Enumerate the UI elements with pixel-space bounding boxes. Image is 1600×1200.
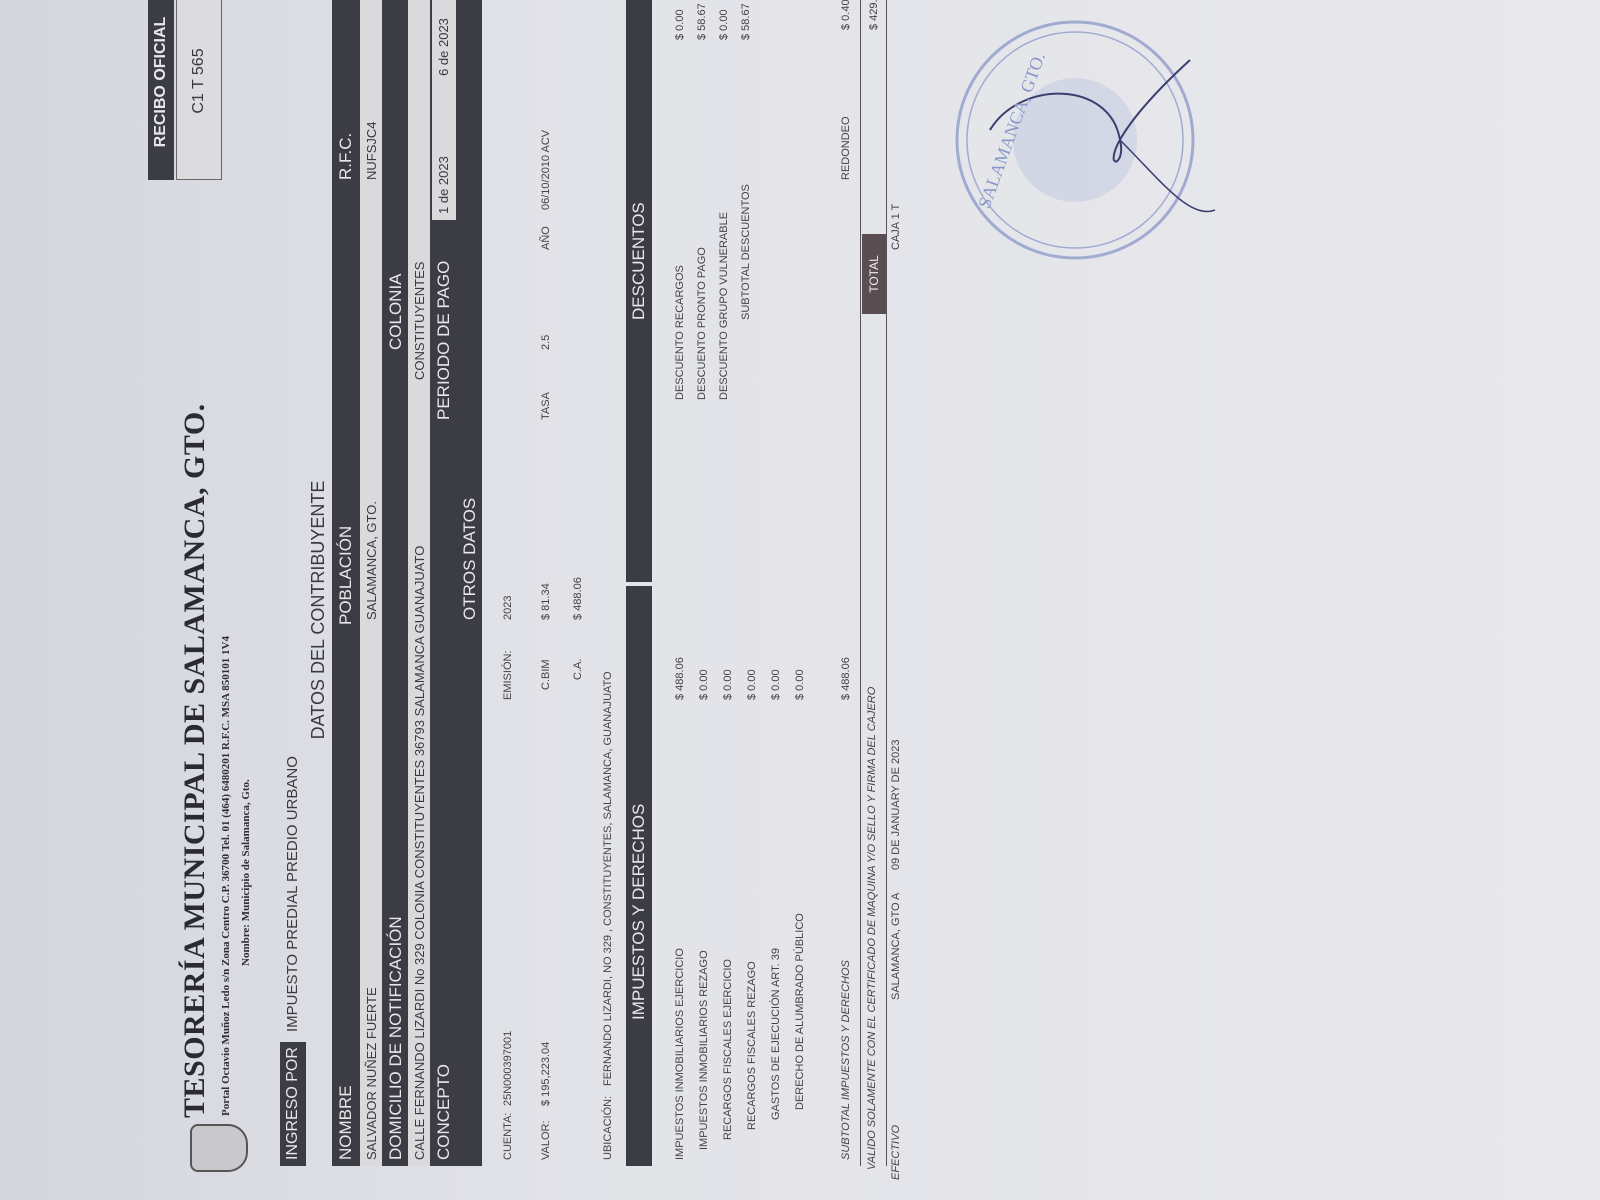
ca-label: C.A. xyxy=(572,659,584,680)
validez-note: VALIDO SOLAMENTE CON EL CERTIFICADO DE M… xyxy=(866,687,878,1170)
impuesto-item-label: GASTOS DE EJECUCIÓN ART. 39 xyxy=(770,948,782,1120)
subtotal-descuentos-label: SUBTOTAL DESCUENTOS xyxy=(740,184,752,320)
subtotal-descuentos-value: $ 58.67 xyxy=(740,3,752,40)
impuesto-item-amount: $ 488.06 xyxy=(674,657,686,700)
rfc-value: NUFSJC4 xyxy=(364,121,379,180)
fecha: 09 DE JANUARY DE 2023 xyxy=(890,740,902,870)
cuenta-value: 25N000397001 xyxy=(502,1031,514,1106)
ano-label: AÑO xyxy=(540,226,552,250)
treasury-address: Portal Octavio Muñoz Ledo s/n Zona Centr… xyxy=(220,636,232,1116)
impuesto-item-label: IMPUESTOS INMOBILIARIOS EJERCICIO xyxy=(674,948,686,1160)
impuesto-item-amount: $ 0.00 xyxy=(698,669,710,700)
colonia-label: COLONIA xyxy=(386,273,406,350)
cbim-label: C.BIM xyxy=(540,659,552,690)
rfc-label: R.F.C. xyxy=(336,133,356,180)
receipt-label-box: RECIBO OFICIAL xyxy=(148,0,174,180)
poblacion-value: SALAMANCA, GTO. xyxy=(364,501,379,620)
tasa-value: 2.5 xyxy=(540,335,552,350)
colonia-value: CONSTITUYENTES xyxy=(412,262,427,380)
impuesto-item-amount: $ 0.00 xyxy=(770,669,782,700)
otros-datos-title: OTROS DATOS xyxy=(460,498,480,620)
descuento-item-amount: $ 0.00 xyxy=(718,9,730,40)
treasury-nombre: Nombre: Municipio de Salamanca, Gto. xyxy=(240,779,252,966)
redondeo-value: $ 0.40 xyxy=(840,0,852,30)
ubicacion-value: FERNANDO LIZARDI, NO 329 , CONSTITUYENTE… xyxy=(602,671,614,1086)
descuento-item-amount: $ 58.67 xyxy=(696,3,708,40)
total-label: TOTAL xyxy=(862,234,886,314)
caja: CAJA 1 T xyxy=(890,204,902,250)
redondeo-label: REDONDEO xyxy=(840,116,852,180)
footer-divider xyxy=(860,0,861,1166)
descuentos-title: DESCUENTOS xyxy=(629,202,649,320)
receipt-number: C1 T 565 xyxy=(176,0,222,180)
impuesto-item-label: IMPUESTOS INMOBILIARIOS REZAGO xyxy=(698,950,710,1150)
domicilio-value: CALLE FERNANDO LIZARDI No 329 COLONIA CO… xyxy=(412,546,427,1160)
forma-pago: EFECTIVO xyxy=(890,1125,902,1180)
ingreso-value: IMPUESTO PREDIAL PREDIO URBANO xyxy=(280,756,306,1040)
concepto-label: CONCEPTO xyxy=(434,1064,454,1160)
subtotal-impuestos-label: SUBTOTAL IMPUESTOS Y DERECHOS xyxy=(840,960,852,1160)
contribuyente-title: DATOS DEL CONTRIBUYENTE xyxy=(308,400,329,820)
impuesto-item-label: RECARGOS FISCALES REZAGO xyxy=(746,961,758,1130)
impuestos-title: IMPUESTOS Y DERECHOS xyxy=(629,804,649,1020)
ingreso-label: INGRESO POR xyxy=(280,1042,306,1166)
periodo-label: PERIODO DE PAGO xyxy=(434,261,454,420)
ano-value: 06/10/2010 ACV xyxy=(540,130,552,210)
cuenta-label: CUENTA: xyxy=(502,1113,514,1160)
cbim-value: $ 81.34 xyxy=(540,583,552,620)
receipt-document: TESORERÍA MUNICIPAL DE SALAMANCA, GTO. P… xyxy=(140,0,900,1180)
impuesto-item-amount: $ 0.00 xyxy=(722,669,734,700)
periodo-hasta: 6 de 2023 xyxy=(432,0,456,114)
descuento-item-label: DESCUENTO RECARGOS xyxy=(674,265,686,400)
impuesto-item-label: DERECHO DE ALUMBRADO PÚBLICO xyxy=(794,913,806,1110)
treasury-title: TESORERÍA MUNICIPAL DE SALAMANCA, GTO. xyxy=(178,403,212,1118)
descuento-item-label: DESCUENTO PRONTO PAGO xyxy=(696,247,708,400)
impuesto-item-amount: $ 0.00 xyxy=(794,669,806,700)
ca-value: $ 488.06 xyxy=(572,577,584,620)
impuesto-item-label: RECARGOS FISCALES EJERCICIO xyxy=(722,959,734,1140)
valor-value: $ 195,223.04 xyxy=(540,1042,552,1106)
tasa-label: TASA xyxy=(540,392,552,420)
municipal-crest xyxy=(190,1124,248,1172)
stamp-text: SALAMANCA, GTO. xyxy=(930,20,1220,260)
nombre-label: NOMBRE xyxy=(336,1085,356,1160)
total-value: $ 429.00 xyxy=(868,0,880,30)
impuesto-item-amount: $ 0.00 xyxy=(746,669,758,700)
nombre-value: SALVADOR NUÑEZ FUERTE xyxy=(364,987,379,1160)
periodo-desde: 1 de 2023 xyxy=(432,114,456,220)
emision-label: EMISIÓN: xyxy=(502,650,514,700)
domicilio-label: DOMICILIO DE NOTIFICACIÓN xyxy=(386,916,406,1160)
poblacion-label: POBLACIÓN xyxy=(336,526,356,625)
ubicacion-label: UBICACIÓN: xyxy=(602,1096,614,1160)
stamp-city: SALAMANCA, GTO. xyxy=(974,50,1050,211)
emision-value: 2023 xyxy=(502,596,514,620)
footer-divider-2 xyxy=(886,0,887,1166)
subtotal-impuestos-value: $ 488.06 xyxy=(840,657,852,700)
lugar: SALAMANCA, GTO A xyxy=(890,893,902,1000)
descuento-item-label: DESCUENTO GRUPO VULNERABLE xyxy=(718,212,730,400)
valor-label: VALOR: xyxy=(540,1120,552,1160)
descuento-item-amount: $ 0.00 xyxy=(674,9,686,40)
